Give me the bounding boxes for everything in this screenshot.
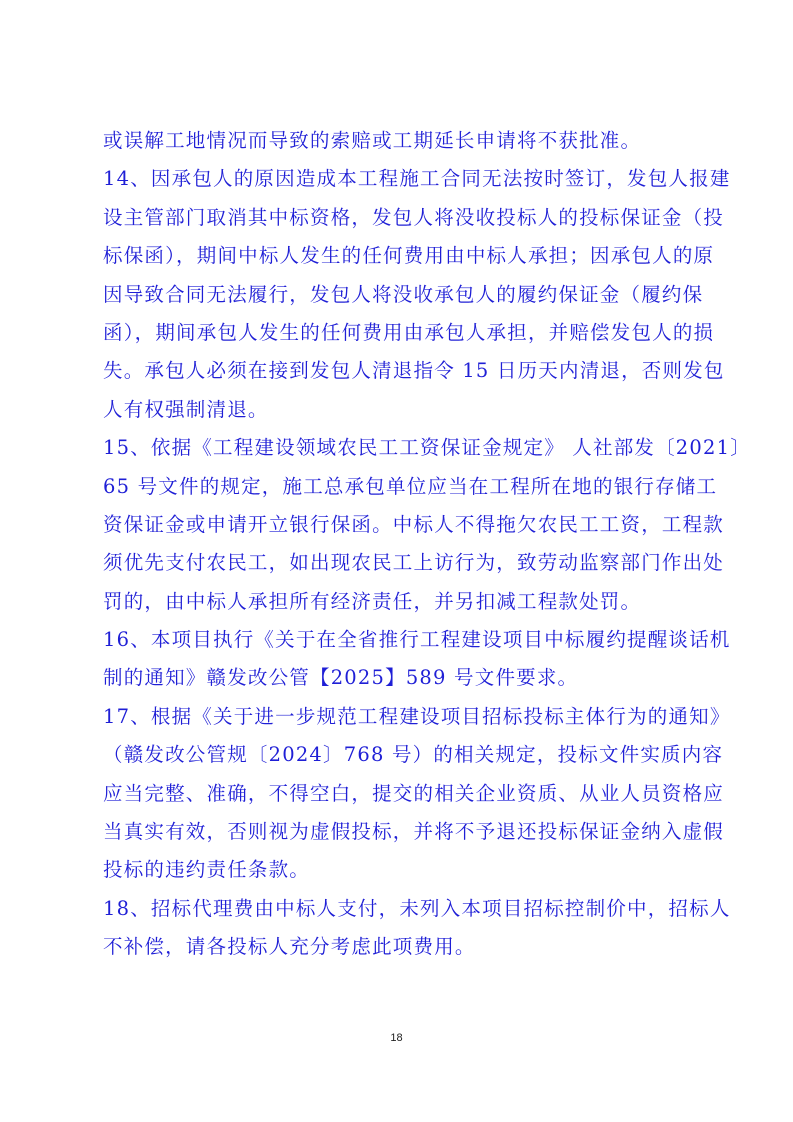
text-line: 设主管部门取消其中标资格，发包人将没收投标人的投标保证金（投 <box>103 199 697 237</box>
text-line: 投标的违约责任条款。 <box>103 851 697 889</box>
text-line: 或误解工地情况而导致的索赔或工期延长申请将不获批准。 <box>103 122 697 160</box>
text-line: 函），期间承包人发生的任何费用由承包人承担，并赔偿发包人的损 <box>103 314 697 352</box>
text-line: 标保函），期间中标人发生的任何费用由中标人承担；因承包人的原 <box>103 237 697 275</box>
text-line: （赣发改公管规〔2024〕768 号）的相关规定，投标文件实质内容 <box>103 736 697 774</box>
text-line: 17、根据《关于进一步规范工程建设项目招标投标主体行为的通知》 <box>103 698 697 736</box>
text-line: 15、依据《工程建设领域农民工工资保证金规定》 人社部发〔2021〕 <box>103 429 697 467</box>
text-line: 资保证金或申请开立银行保函。中标人不得拖欠农民工工资，工程款 <box>103 506 697 544</box>
page-number: 18 <box>0 1032 793 1044</box>
text-line: 人有权强制清退。 <box>103 391 697 429</box>
text-line: 因导致合同无法履行，发包人将没收承包人的履约保证金（履约保 <box>103 276 697 314</box>
text-line: 制的通知》赣发改公管【2025】589 号文件要求。 <box>103 659 697 697</box>
text-line: 失。承包人必须在接到发包人清退指令 15 日历天内清退，否则发包 <box>103 352 697 390</box>
text-line: 18、招标代理费由中标人支付，未列入本项目招标控制价中，招标人 <box>103 890 697 928</box>
document-page: 或误解工地情况而导致的索赔或工期延长申请将不获批准。 14、因承包人的原因造成本… <box>0 0 793 1122</box>
text-line: 16、本项目执行《关于在全省推行工程建设项目中标履约提醒谈话机 <box>103 621 697 659</box>
text-line: 当真实有效，否则视为虚假投标，并将不予退还投标保证金纳入虚假 <box>103 813 697 851</box>
text-line: 不补偿，请各投标人充分考虑此项费用。 <box>103 928 697 966</box>
text-line: 罚的，由中标人承担所有经济责任，并另扣减工程款处罚。 <box>103 583 697 621</box>
text-line: 须优先支付农民工，如出现农民工上访行为，致劳动监察部门作出处 <box>103 544 697 582</box>
text-line: 65 号文件的规定，施工总承包单位应当在工程所在地的银行存储工 <box>103 468 697 506</box>
body-text: 或误解工地情况而导致的索赔或工期延长申请将不获批准。 14、因承包人的原因造成本… <box>103 122 697 967</box>
text-line: 14、因承包人的原因造成本工程施工合同无法按时签订，发包人报建 <box>103 160 697 198</box>
text-line: 应当完整、准确，不得空白，提交的相关企业资质、从业人员资格应 <box>103 775 697 813</box>
